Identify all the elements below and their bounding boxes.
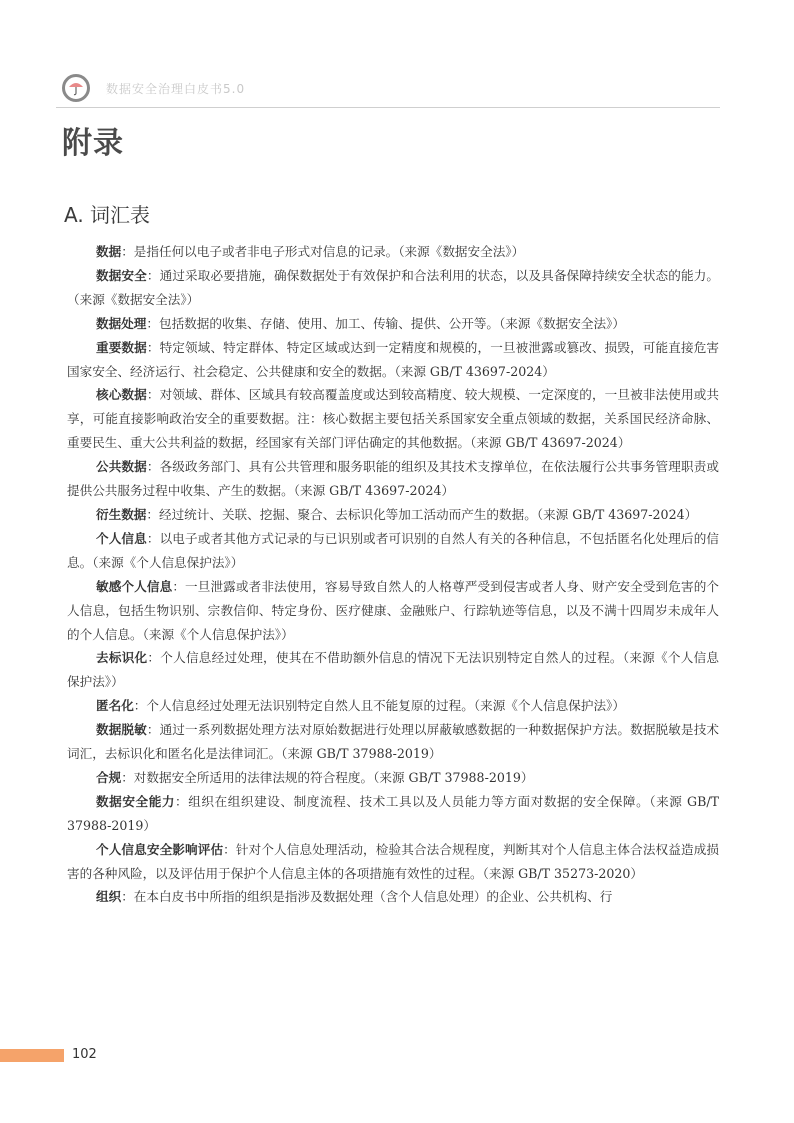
glossary-definition: ：各级政务部门、具有公共管理和服务职能的组织及其技术支撑单位，在依法履行公共事务… [67,459,719,498]
glossary-entry: 组织：在本白皮书中所指的组织是指涉及数据处理（含个人信息处理）的企业、公共机构、… [67,885,719,909]
glossary-definition: ：是指任何以电子或者非电子形式对信息的记录。（来源《数据安全法》） [121,244,524,259]
footer-accent-bar [0,1049,64,1062]
glossary-entry: 公共数据：各级政务部门、具有公共管理和服务职能的组织及其技术支撑单位，在依法履行… [67,455,719,503]
glossary-entry: 数据安全：通过采取必要措施，确保数据处于有效保护和合法利用的状态，以及具备保障持… [67,264,719,312]
glossary-term: 个人信息 [96,531,147,546]
glossary-term: 匿名化 [96,698,134,713]
glossary-entry: 个人信息：以电子或者其他方式记录的与已识别或者可识别的自然人有关的各种信息，不包… [67,527,719,575]
glossary-entry: 重要数据：特定领域、特定群体、特定区域或达到一定精度和规模的，一旦被泄露或篡改、… [67,336,719,384]
running-title: 数据安全治理白皮书5.0 [106,80,245,97]
glossary-term: 去标识化 [96,650,147,665]
page-number: 102 [72,1047,97,1062]
glossary-definition: ：特定领域、特定群体、特定区域或达到一定精度和规模的，一旦被泄露或篡改、损毁，可… [67,340,719,379]
glossary-list: 数据：是指任何以电子或者非电子形式对信息的记录。（来源《数据安全法》） 数据安全… [67,240,719,909]
glossary-term: 数据脱敏 [96,722,147,737]
glossary-entry: 匿名化：个人信息经过处理无法识别特定自然人且不能复原的过程。（来源《个人信息保护… [67,694,719,718]
glossary-term: 数据安全能力 [96,794,175,809]
glossary-term: 公共数据 [96,459,147,474]
glossary-term: 数据 [96,244,121,259]
glossary-term: 敏感个人信息 [96,579,172,594]
header-divider [56,107,720,108]
glossary-entry: 个人信息安全影响评估：针对个人信息处理活动，检验其合法合规程度，判断其对个人信息… [67,838,719,886]
glossary-term: 合规 [96,770,121,785]
glossary-definition: ：通过一系列数据处理方法对原始数据进行处理以屏蔽敏感数据的一种数据保护方法。数据… [67,722,719,761]
glossary-term: 数据安全 [96,268,147,283]
glossary-term: 衍生数据 [96,507,146,522]
glossary-entry: 数据：是指任何以电子或者非电子形式对信息的记录。（来源《数据安全法》） [67,240,719,264]
glossary-entry: 衍生数据：经过统计、关联、挖掘、聚合、去标识化等加工活动而产生的数据。（来源 G… [67,503,719,527]
glossary-term: 核心数据 [96,387,147,402]
glossary-term: 个人信息安全影响评估 [96,842,223,857]
running-header: 数据安全治理白皮书5.0 [56,70,720,108]
glossary-term: 数据处理 [96,316,146,331]
umbrella-logo-icon [62,74,90,102]
glossary-definition: ：通过采取必要措施，确保数据处于有效保护和合法利用的状态，以及具备保障持续安全状… [67,268,719,307]
glossary-definition: ：经过统计、关联、挖掘、聚合、去标识化等加工活动而产生的数据。（来源 GB/T … [146,507,697,522]
glossary-entry: 数据脱敏：通过一系列数据处理方法对原始数据进行处理以屏蔽敏感数据的一种数据保护方… [67,718,719,766]
glossary-definition: ：个人信息经过处理，使其在不借助额外信息的情况下无法识别特定自然人的过程。（来源… [67,650,719,689]
page-title: 附录 [62,118,124,162]
glossary-definition: ：在本白皮书中所指的组织是指涉及数据处理（含个人信息处理）的企业、公共机构、行 [121,889,612,904]
glossary-definition: ：个人信息经过处理无法识别特定自然人且不能复原的过程。（来源《个人信息保护法》） [134,698,625,713]
glossary-entry: 核心数据：对领域、群体、区域具有较高覆盖度或达到较高精度、较大规模、一定深度的，… [67,383,719,455]
glossary-definition: ：以电子或者其他方式记录的与已识别或者可识别的自然人有关的各种信息，不包括匿名化… [67,531,719,570]
glossary-term: 组织 [96,889,121,904]
glossary-definition: ：对领域、群体、区域具有较高覆盖度或达到较高精度、较大规模、一定深度的，一旦被非… [67,387,719,450]
glossary-definition: ：包括数据的收集、存储、使用、加工、传输、提供、公开等。（来源《数据安全法》） [146,316,625,331]
glossary-entry: 敏感个人信息：一旦泄露或者非法使用，容易导致自然人的人格尊严受到侵害或者人身、财… [67,575,719,647]
glossary-term: 重要数据 [96,340,147,355]
glossary-entry: 去标识化：个人信息经过处理，使其在不借助额外信息的情况下无法识别特定自然人的过程… [67,646,719,694]
glossary-definition: ：对数据安全所适用的法律法规的符合程度。（来源 GB/T 37988-2019） [121,770,533,785]
section-title: A. 词汇表 [64,199,150,228]
glossary-entry: 合规：对数据安全所适用的法律法规的符合程度。（来源 GB/T 37988-201… [67,766,719,790]
glossary-entry: 数据安全能力：组织在组织建设、制度流程、技术工具以及人员能力等方面对数据的安全保… [67,790,719,838]
glossary-entry: 数据处理：包括数据的收集、存储、使用、加工、传输、提供、公开等。（来源《数据安全… [67,312,719,336]
